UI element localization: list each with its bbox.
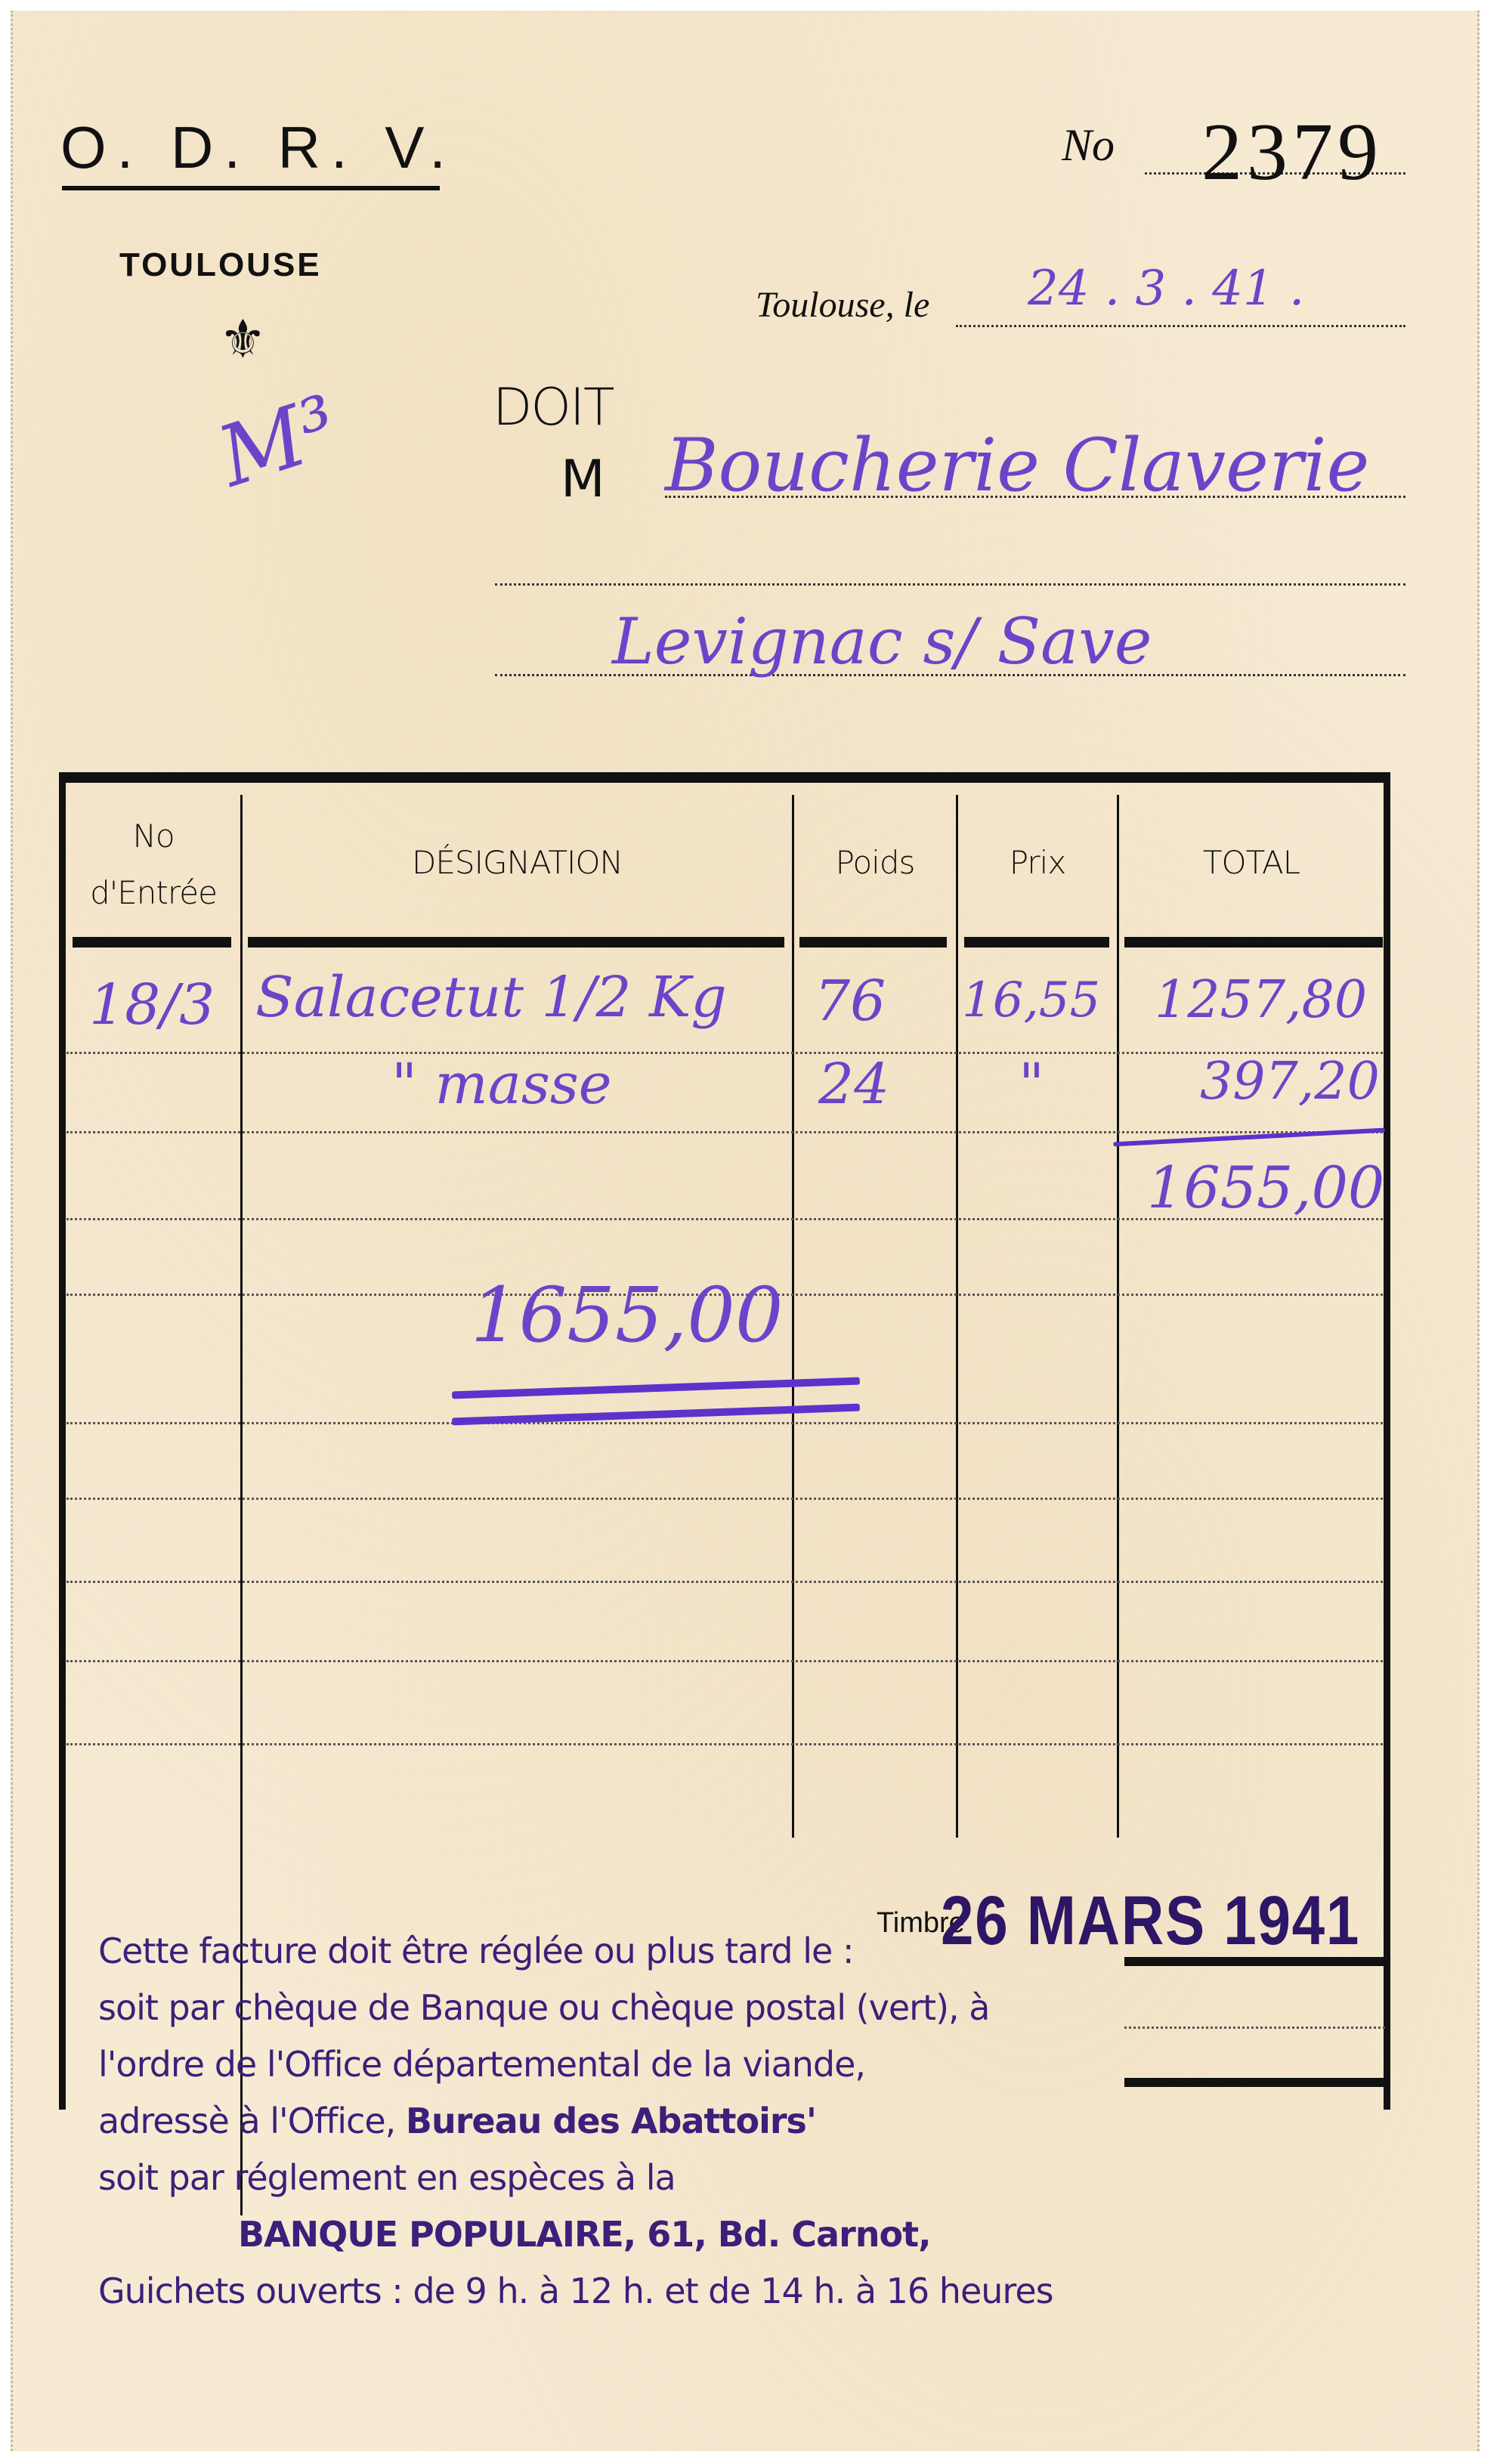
fleuron-icon: ⚜ [219,308,267,370]
subtotal: 1655,00 [1147,1154,1384,1221]
row2-total: 397,20 [1200,1052,1380,1111]
title-underline [62,186,440,190]
row1-poids: 76 [815,969,886,1034]
row-separator [66,1581,1383,1583]
column-header-entry-label: d'Entrée [66,874,240,911]
city-label: TOULOUSE [119,246,322,284]
row2-prix: " [1019,1052,1044,1117]
invoice-number: 2379 [1201,106,1383,199]
doit-label: DOIT [493,378,613,437]
table-right-border [1384,772,1390,2110]
row1-prix: 16,55 [962,972,1100,1028]
row-separator [66,1498,1383,1500]
column-header-entry-no: No [66,818,240,855]
office-address: adressè à l'Office, [98,2101,406,2141]
row1-total: 1257,80 [1155,970,1367,1030]
payment-terms-line2: soit par chèque de Banque ou chèque post… [98,1987,989,2028]
total-dotted-line [1124,2027,1385,2029]
payment-terms-line1: Cette facture doit être réglée ou plus t… [98,1931,853,1971]
grand-total: 1655,00 [471,1271,784,1359]
header-rule [964,937,1109,948]
column-header-designation: DÉSIGNATION [243,844,792,881]
row-separator [66,1052,1383,1054]
row2-designation: " masse [391,1052,612,1117]
header-rule [1124,937,1383,948]
header-rule [799,937,947,948]
customer-address: Levignac s/ Save [612,604,1152,679]
header-rule [73,937,231,948]
header-rule [248,937,784,948]
row-separator [66,1422,1383,1424]
row1-entry: 18/3 [89,972,215,1037]
bureau-abattoirs: Bureau des Abattoirs' [406,2101,816,2141]
table-left-border [59,772,66,2110]
date-label: Toulouse, le [756,284,929,326]
row-separator [66,1131,1383,1133]
address-dotted-line-1 [495,583,1405,586]
m-label: M [561,450,605,509]
row1-designation: Salacetut 1/2 Kg [255,965,727,1030]
column-divider [1117,795,1119,1838]
column-divider [792,795,794,1838]
column-divider [956,795,958,1838]
row2-poids: 24 [818,1052,889,1117]
bank-address: BANQUE POPULAIRE, 61, Bd. Carnot, [238,2214,931,2255]
column-header-poids: Poids [794,844,956,881]
payment-terms-line4: adressè à l'Office, Bureau des Abattoirs… [98,2101,816,2141]
opening-hours: Guichets ouverts : de 9 h. à 12 h. et de… [98,2271,1053,2311]
payment-terms-line5: soit par réglement en espèces à la [98,2157,676,2198]
row-separator [66,1743,1383,1745]
column-header-total: TOTAL [1119,844,1384,881]
table-top-border [59,772,1390,783]
invoice-date: 24 . 3 . 41 . [1028,261,1304,317]
due-date-stamp: 26 MARS 1941 [941,1881,1360,1961]
double-underline-1 [452,1377,860,1399]
row-separator [66,1660,1383,1662]
total-rule [1124,2078,1385,2087]
organization-title: O. D. R. V. [60,113,456,182]
column-header-prix: Prix [958,844,1117,881]
date-dotted-line [956,325,1405,327]
payment-terms-line3: l'ordre de l'Office départemental de la … [98,2044,865,2085]
invoice-number-label: No [1062,119,1115,172]
customer-name: Boucherie Claverie [665,423,1369,508]
